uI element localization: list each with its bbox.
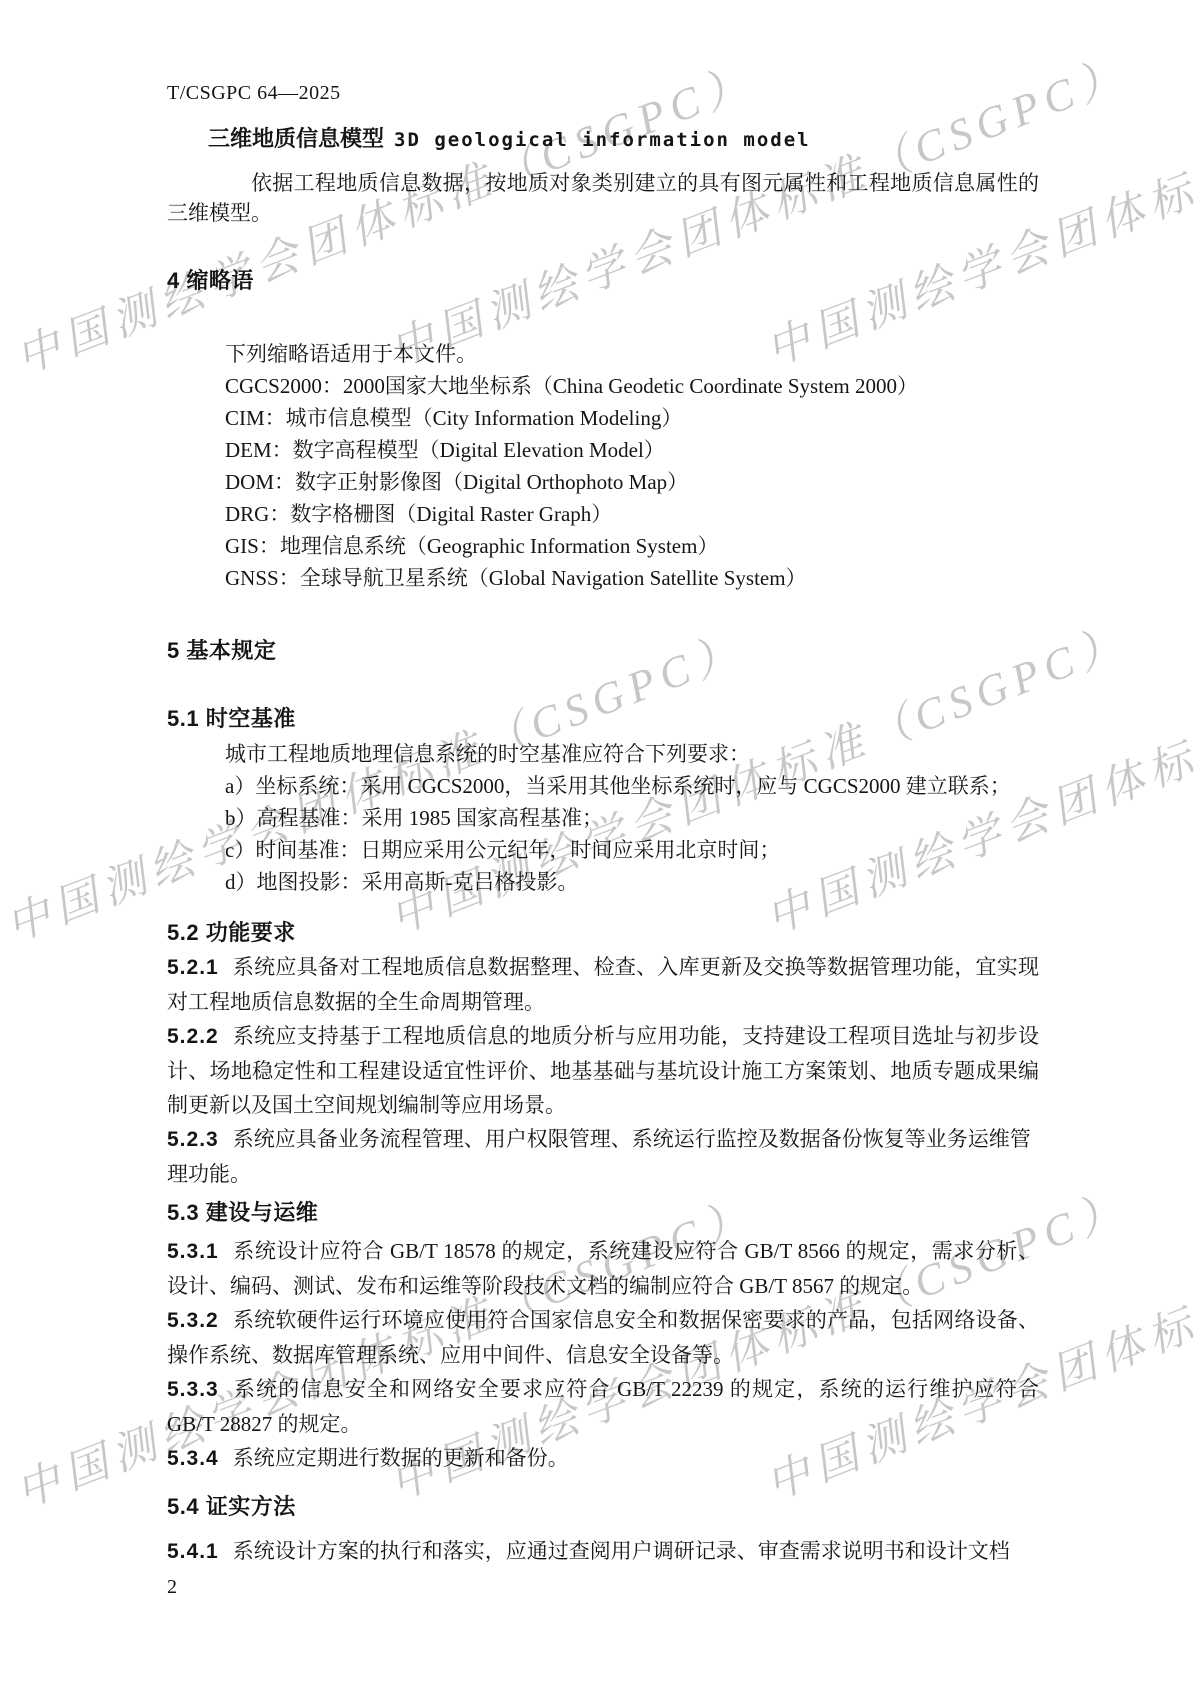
document-page: 中国测绘学会团体标准（CSGPC） 中国测绘学会团体标准（CSGPC） 中国测绘… [0,0,1199,1696]
s51-intro: 城市工程地质地理信息系统的时空基准应符合下列要求： [225,738,750,768]
clause-text: 系统应具备业务流程管理、用户权限管理、系统运行监控及数据备份恢复等业务运维管理功… [167,1127,1031,1186]
clause-number: 5.3.1 [167,1240,219,1263]
term-name-en: 3D geological information model [394,129,811,151]
clause-5-3-3: 5.3.3系统的信息安全和网络安全要求应符合 GB/T 22239 的规定，系统… [167,1372,1039,1441]
clause-number: 5.3.3 [167,1378,219,1401]
clause-number: 5.2.1 [167,956,219,979]
clause-5-3-2: 5.3.2系统软硬件运行环境应使用符合国家信息安全和数据保密要求的产品，包括网络… [167,1303,1039,1372]
clause-number: 5.3.2 [167,1309,219,1332]
s54-clauses: 5.4.1系统设计方案的执行和落实，应通过查阅用户调研记录、审查需求说明书和设计… [167,1534,1039,1569]
content-layer: T/CSGPC 64—2025 三维地质信息模型3D geological in… [0,0,1199,1696]
clause-5-2-3: 5.2.3系统应具备业务流程管理、用户权限管理、系统运行监控及数据备份恢复等业务… [167,1122,1039,1191]
clause-number: 5.2.3 [167,1128,219,1151]
clause-text: 系统设计应符合 GB/T 18578 的规定，系统建设应符合 GB/T 8566… [167,1239,1039,1298]
abbreviation-list: 下列缩略语适用于本文件。 CGCS2000：2000国家大地坐标系（China … [225,338,918,594]
doc-code-header: T/CSGPC 64—2025 [167,82,341,105]
term-title: 三维地质信息模型3D geological information model [208,122,811,153]
clause-text: 系统设计方案的执行和落实，应通过查阅用户调研记录、审查需求说明书和设计文档 [233,1539,1010,1563]
clause-5-3-1: 5.3.1系统设计应符合 GB/T 18578 的规定，系统建设应符合 GB/T… [167,1234,1039,1303]
section-heading-5-1: 5.1 时空基准 [167,702,296,733]
clause-number: 5.3.4 [167,1447,219,1470]
s53-clauses: 5.3.1系统设计应符合 GB/T 18578 的规定，系统建设应符合 GB/T… [167,1234,1039,1476]
abbrev-item-cgcs2000: CGCS2000：2000国家大地坐标系（China Geodetic Coor… [225,370,918,402]
clause-5-3-4: 5.3.4系统应定期进行数据的更新和备份。 [167,1441,1039,1476]
clause-number: 5.4.1 [167,1540,219,1563]
clause-number: 5.2.2 [167,1025,219,1048]
s51-item-list: a）坐标系统：采用 CGCS2000，当采用其他坐标系统时，应与 CGCS200… [225,770,1011,898]
clause-text: 系统应具备对工程地质信息数据整理、检查、入库更新及交换等数据管理功能，宜实现对工… [167,955,1039,1014]
term-name-zh: 三维地质信息模型 [208,126,384,151]
s51-item-c: c）时间基准：日期应采用公元纪年，时间应采用北京时间； [225,834,1011,866]
section-heading-4: 4 缩略语 [167,264,254,295]
s52-clauses: 5.2.1系统应具备对工程地质信息数据整理、检查、入库更新及交换等数据管理功能，… [167,950,1039,1191]
section-heading-5-3: 5.3 建设与运维 [167,1196,318,1227]
section-heading-5: 5 基本规定 [167,634,276,665]
clause-text: 系统的信息安全和网络安全要求应符合 GB/T 22239 的规定，系统的运行维护… [167,1377,1039,1436]
abbrev-item-dom: DOM：数字正射影像图（Digital Orthophoto Map） [225,466,918,498]
section-heading-5-2: 5.2 功能要求 [167,916,296,947]
s51-item-b: b）高程基准：采用 1985 国家高程基准； [225,802,1011,834]
clause-5-2-1: 5.2.1系统应具备对工程地质信息数据整理、检查、入库更新及交换等数据管理功能，… [167,950,1039,1019]
section-heading-5-4: 5.4 证实方法 [167,1490,296,1521]
clause-text: 系统应支持基于工程地质信息的地质分析与应用功能，支持建设工程项目选址与初步设计、… [167,1024,1039,1117]
s51-item-a: a）坐标系统：采用 CGCS2000，当采用其他坐标系统时，应与 CGCS200… [225,770,1011,802]
abbrev-item-gis: GIS：地理信息系统（Geographic Information System… [225,530,918,562]
term-definition: 依据工程地质信息数据，按地质对象类别建立的具有图元属性和工程地质信息属性的三维模… [167,168,1039,228]
s51-item-d: d）地图投影：采用高斯-克吕格投影。 [225,866,1011,898]
clause-text: 系统软硬件运行环境应使用符合国家信息安全和数据保密要求的产品，包括网络设备、操作… [167,1308,1039,1367]
abbrev-item-dem: DEM：数字高程模型（Digital Elevation Model） [225,434,918,466]
abbrev-item-gnss: GNSS：全球导航卫星系统（Global Navigation Satellit… [225,562,918,594]
abbrev-intro: 下列缩略语适用于本文件。 [225,338,918,370]
clause-text: 系统应定期进行数据的更新和备份。 [233,1446,569,1470]
abbrev-item-drg: DRG：数字格栅图（Digital Raster Graph） [225,498,918,530]
clause-5-4-1: 5.4.1系统设计方案的执行和落实，应通过查阅用户调研记录、审查需求说明书和设计… [167,1534,1039,1569]
page-number: 2 [167,1576,177,1599]
clause-5-2-2: 5.2.2系统应支持基于工程地质信息的地质分析与应用功能，支持建设工程项目选址与… [167,1019,1039,1122]
abbrev-item-cim: CIM：城市信息模型（City Information Modeling） [225,402,918,434]
